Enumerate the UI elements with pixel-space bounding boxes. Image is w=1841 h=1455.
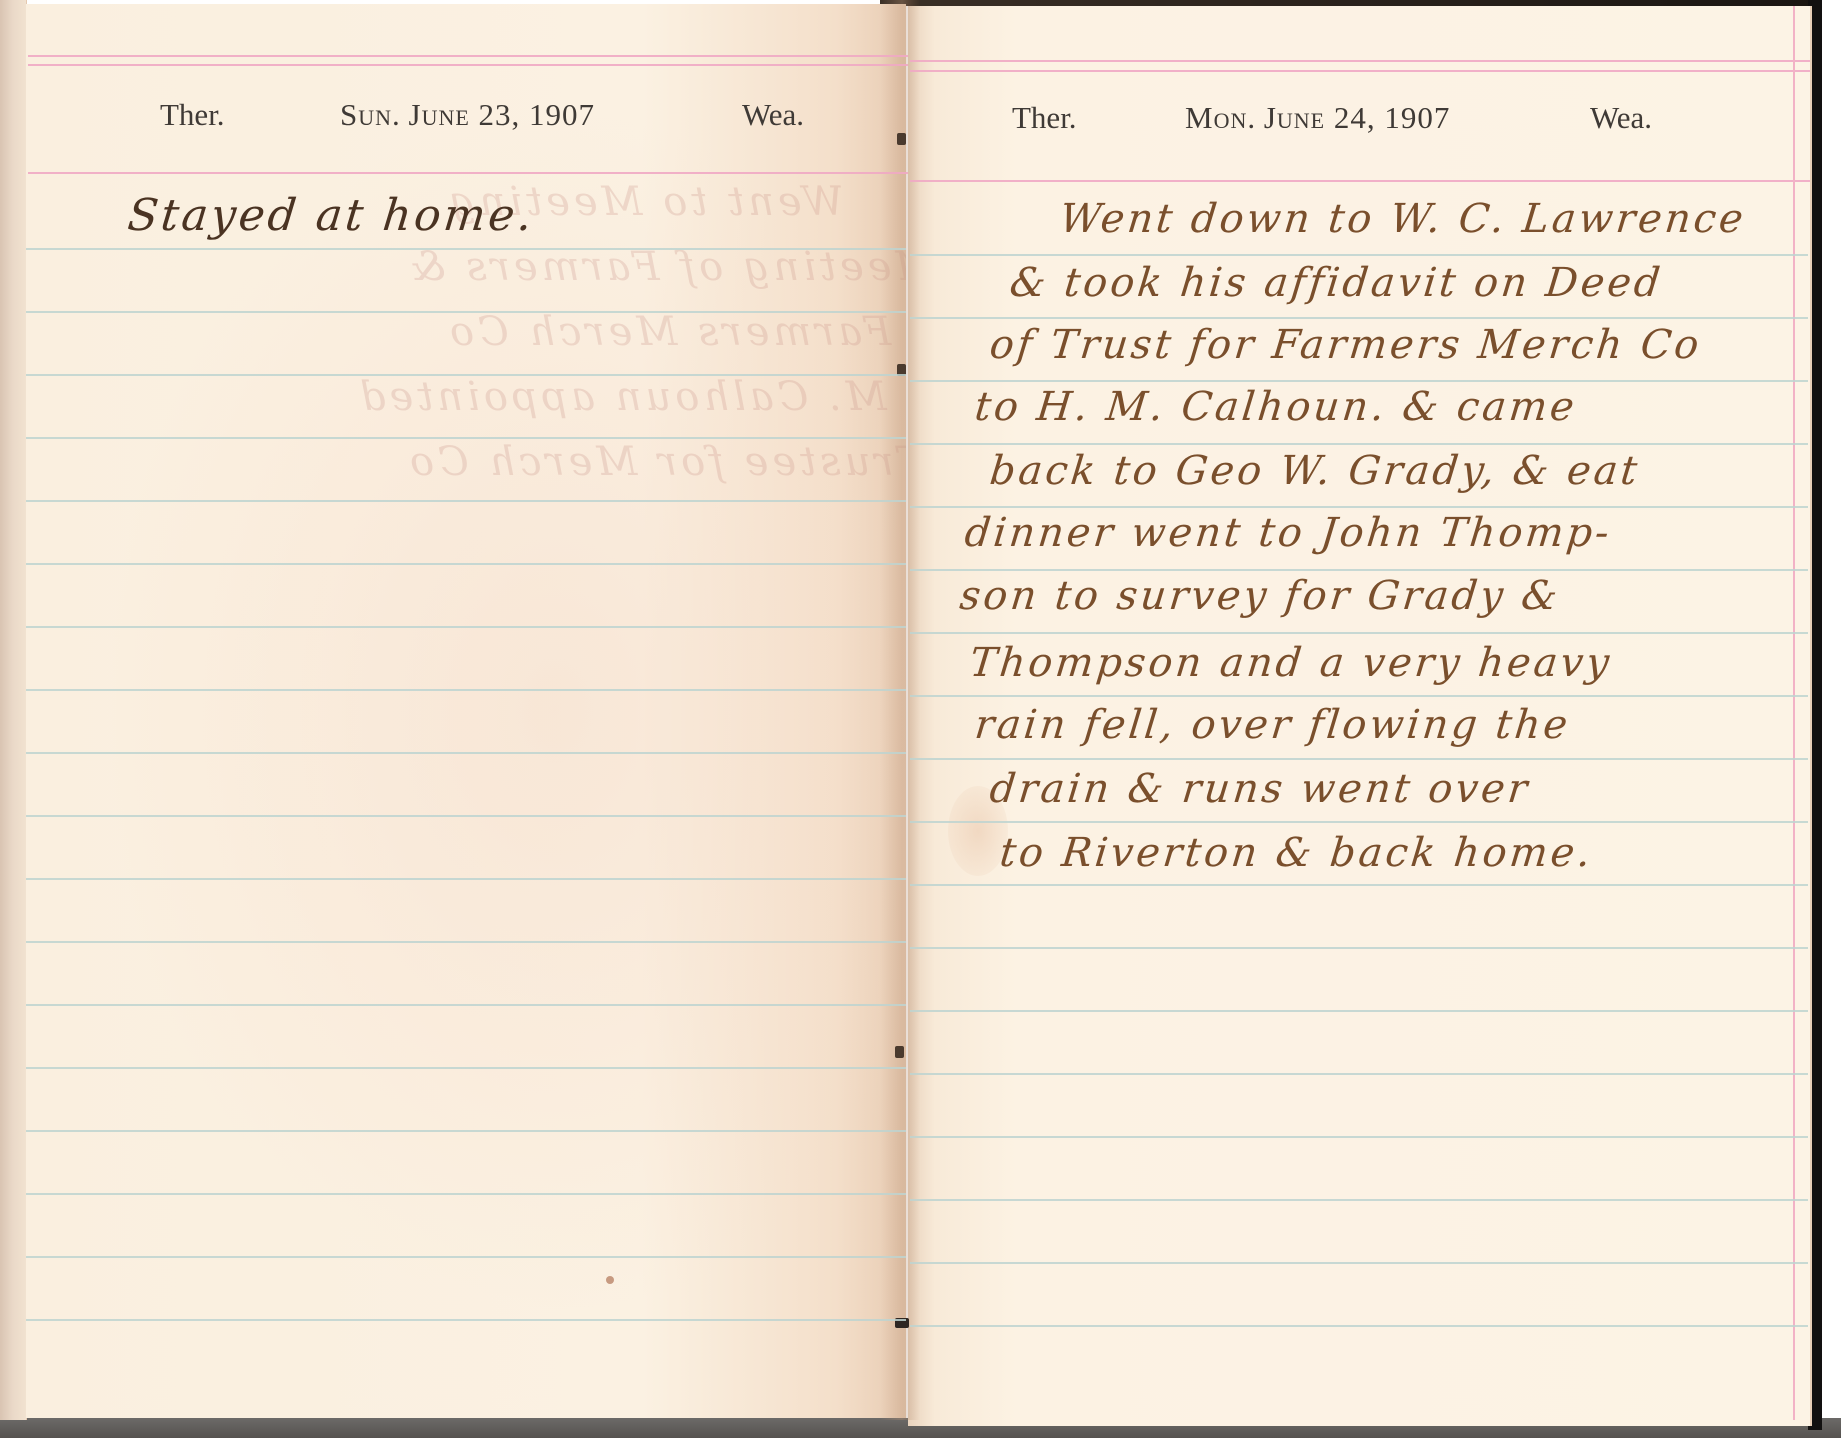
thermometer-label: Ther. [160, 97, 225, 133]
diary-entry-line: Went down to W. C. Lawrence [1058, 196, 1749, 242]
date-heading: Sun. June 23, 1907 [340, 97, 595, 133]
diary-spread: Went to Meeting Meeting of Farmers & Far… [0, 0, 1841, 1455]
thermometer-label: Ther. [1012, 100, 1077, 136]
bleed-through-line: Meeting of Farmers & [406, 244, 906, 290]
right-margin-rule [1793, 6, 1795, 1420]
diary-entry-line: Thompson and a very heavy [968, 640, 1615, 686]
header-rule-top [28, 55, 908, 57]
diary-entry-line: & took his affidavit on Deed [1008, 260, 1666, 306]
bleed-through-line: H. M. Calhoun appointed [356, 374, 906, 420]
weather-label: Wea. [1590, 100, 1652, 136]
bleed-through-line: Farmers Merch Co [446, 309, 891, 355]
date-heading: Mon. June 24, 1907 [1185, 100, 1450, 136]
header-rule-bottom [910, 180, 1810, 182]
weekday: Mon. [1185, 100, 1256, 135]
date: June 23, 1907 [409, 97, 596, 132]
diary-entry-line: rain fell, over flowing the [973, 702, 1573, 748]
binding-stitch [897, 133, 906, 145]
bleed-through-line: Trustee for Merch Co [406, 439, 906, 485]
diary-entry-line: of Trust for Farmers Merch Co [988, 322, 1704, 368]
diary-entry-line: son to survey for Grady & [958, 573, 1563, 619]
header-rule-top [910, 70, 1810, 72]
weekday: Sun. [340, 97, 401, 132]
diary-entry-line: dinner went to John Thomp- [963, 510, 1615, 556]
header-rule-bottom [28, 172, 908, 174]
diary-entry-line: back to Geo W. Grady, & eat [988, 448, 1643, 494]
date: June 24, 1907 [1264, 100, 1451, 135]
diary-entry-line: to H. M. Calhoun. & came [973, 384, 1580, 430]
diary-entry-line: Stayed at home. [125, 190, 537, 241]
header-rule-top [910, 60, 1810, 62]
ink-spot [606, 1276, 614, 1284]
page-stack-edge [0, 0, 27, 1420]
diary-entry-line: to Riverton & back home. [998, 830, 1596, 876]
header-rule-top [28, 64, 908, 66]
binding-stitch [895, 1046, 904, 1058]
diary-entry-line: drain & runs went over [988, 766, 1533, 812]
weather-label: Wea. [742, 97, 804, 133]
